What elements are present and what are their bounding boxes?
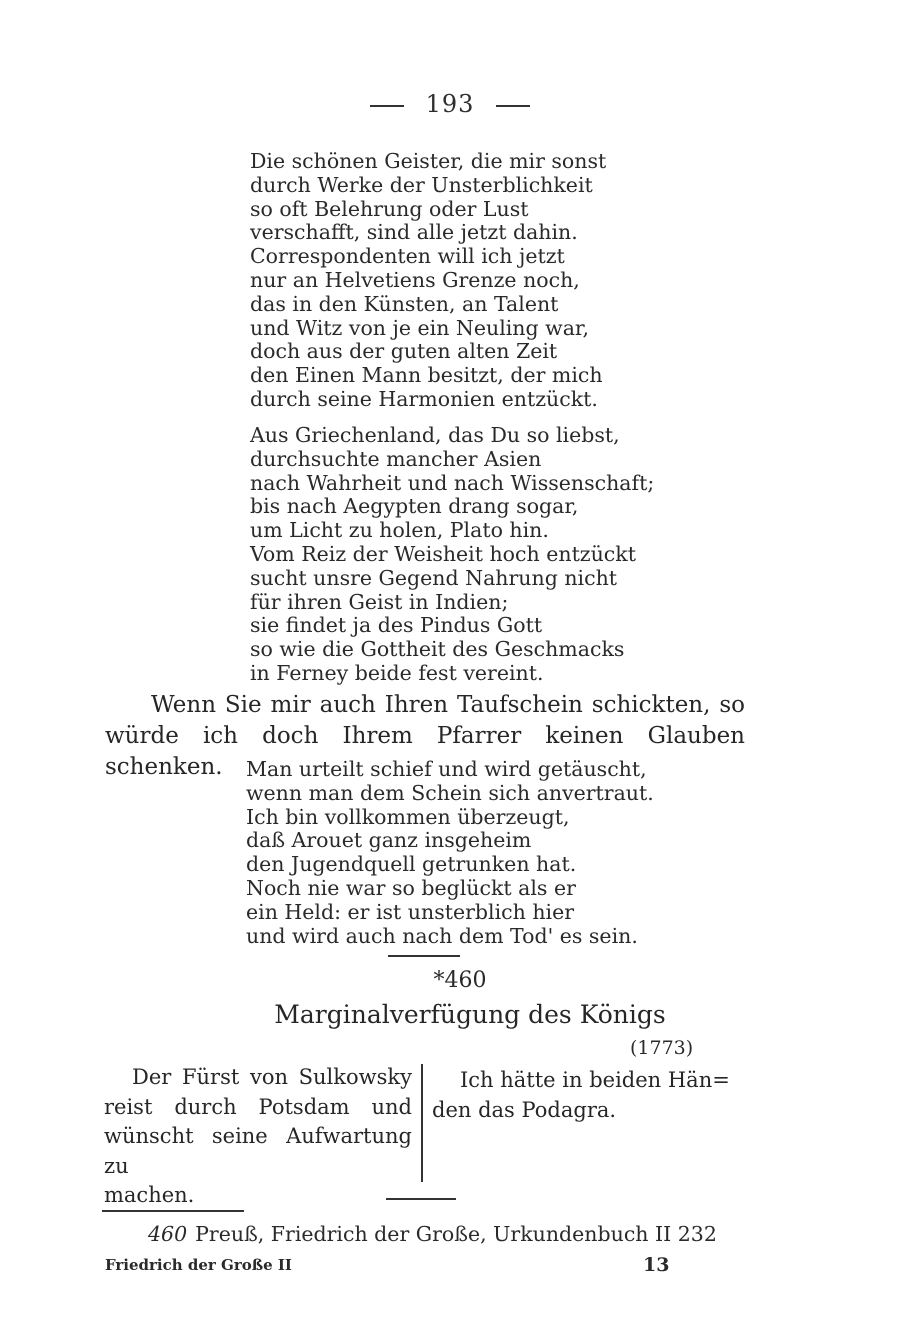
poem-line: den Einen Mann besitzt, der mich: [250, 364, 606, 388]
poem-line: sucht unsre Gegend Nahrung nicht: [250, 567, 654, 591]
poem-line: verschafft, sind alle jetzt dahin.: [250, 221, 606, 245]
footnote-rule: [102, 1210, 244, 1212]
prose-line: Wenn Sie mir auch Ihren Taufschein schic…: [105, 690, 745, 721]
poem-line: wenn man dem Schein sich anvertraut.: [246, 782, 654, 806]
dash-left: [370, 105, 404, 107]
printer-signature: Friedrich der Große II: [105, 1256, 292, 1274]
page-number: 193: [0, 90, 900, 118]
poem-line: so oft Belehrung oder Lust: [250, 198, 606, 222]
column-line: machen.: [104, 1181, 412, 1211]
poem-line: bis nach Aegypten drang sogar,: [250, 495, 654, 519]
column-line: Der Fürst von Sulkowsky: [104, 1063, 412, 1093]
poem-line: daß Arouet ganz insgeheim: [246, 829, 654, 853]
poem-line: durch seine Harmonien entzückt.: [250, 388, 606, 412]
poem-line: Vom Reiz der Weisheit hoch entzückt: [250, 543, 654, 567]
poem-line: den Jugendquell getrunken hat.: [246, 853, 654, 877]
poem-line: für ihren Geist in Indien;: [250, 591, 654, 615]
footnote-text: Preuß, Friedrich der Große, Urkundenbuch…: [195, 1222, 717, 1246]
poem-line: und Witz von je ein Neuling war,: [250, 317, 606, 341]
poem-line: durchsuchte mancher Asien: [250, 448, 654, 472]
footnote-number: 460: [148, 1222, 187, 1246]
column-line: wünscht seine Aufwartung zu: [104, 1122, 412, 1181]
poem-line: sie findet ja des Pindus Gott: [250, 614, 654, 638]
poem-line: nach Wahrheit und nach Wissenschaft;: [250, 472, 654, 496]
left-column-request: Der Fürst von Sulkowsky reist durch Pots…: [104, 1063, 412, 1211]
poem-line: doch aus der guten alten Zeit: [250, 340, 606, 364]
poem-line: Aus Griechenland, das Du so liebst,: [250, 424, 654, 448]
column-end-rule: [386, 1198, 456, 1200]
poem-line: nur an Helvetiens Grenze noch,: [250, 269, 606, 293]
poem-line: durch Werke der Unsterblichkeit: [250, 174, 606, 198]
poem-line: ein Held: er ist unsterblich hier: [246, 901, 654, 925]
poem-line: Noch nie war so beglückt als er: [246, 877, 654, 901]
column-line: den das Podagra.: [432, 1096, 762, 1126]
poem-stanza-1: Die schönen Geister, die mir sonst durch…: [250, 150, 606, 412]
poem-line: so wie die Gottheit des Geschmacks: [250, 638, 654, 662]
poem-line: in Ferney beide fest vereint.: [250, 662, 654, 686]
document-title: Marginalverfügung des Königs: [0, 1000, 900, 1029]
column-divider: [421, 1064, 423, 1182]
dash-right: [496, 105, 530, 107]
column-line: reist durch Potsdam und: [104, 1093, 412, 1123]
poem-stanza-2: Aus Griechenland, das Du so liebst, durc…: [250, 424, 654, 686]
poem-stanza-3: Man urteilt schief und wird getäuscht, w…: [246, 758, 654, 948]
column-line: Ich hätte in beiden Hän=: [432, 1066, 762, 1096]
poem-line: Man urteilt schief und wird getäuscht,: [246, 758, 654, 782]
section-divider: [388, 955, 460, 957]
poem-line: Die schönen Geister, die mir sonst: [250, 150, 606, 174]
poem-line: das in den Künsten, an Talent: [250, 293, 606, 317]
poem-line: um Licht zu holen, Plato hin.: [250, 519, 654, 543]
sheet-number: 13: [643, 1254, 669, 1276]
document-number: *460: [0, 968, 900, 993]
footnote: 460Preuß, Friedrich der Große, Urkundenb…: [148, 1222, 717, 1246]
poem-line: Ich bin vollkommen überzeugt,: [246, 806, 654, 830]
poem-line: Correspondenten will ich jetzt: [250, 245, 606, 269]
page-number-text: 193: [426, 90, 475, 118]
poem-line: und wird auch nach dem Tod' es sein.: [246, 925, 654, 949]
right-column-reply: Ich hätte in beiden Hän= den das Podagra…: [432, 1066, 762, 1125]
document-date: (1773): [630, 1037, 693, 1059]
